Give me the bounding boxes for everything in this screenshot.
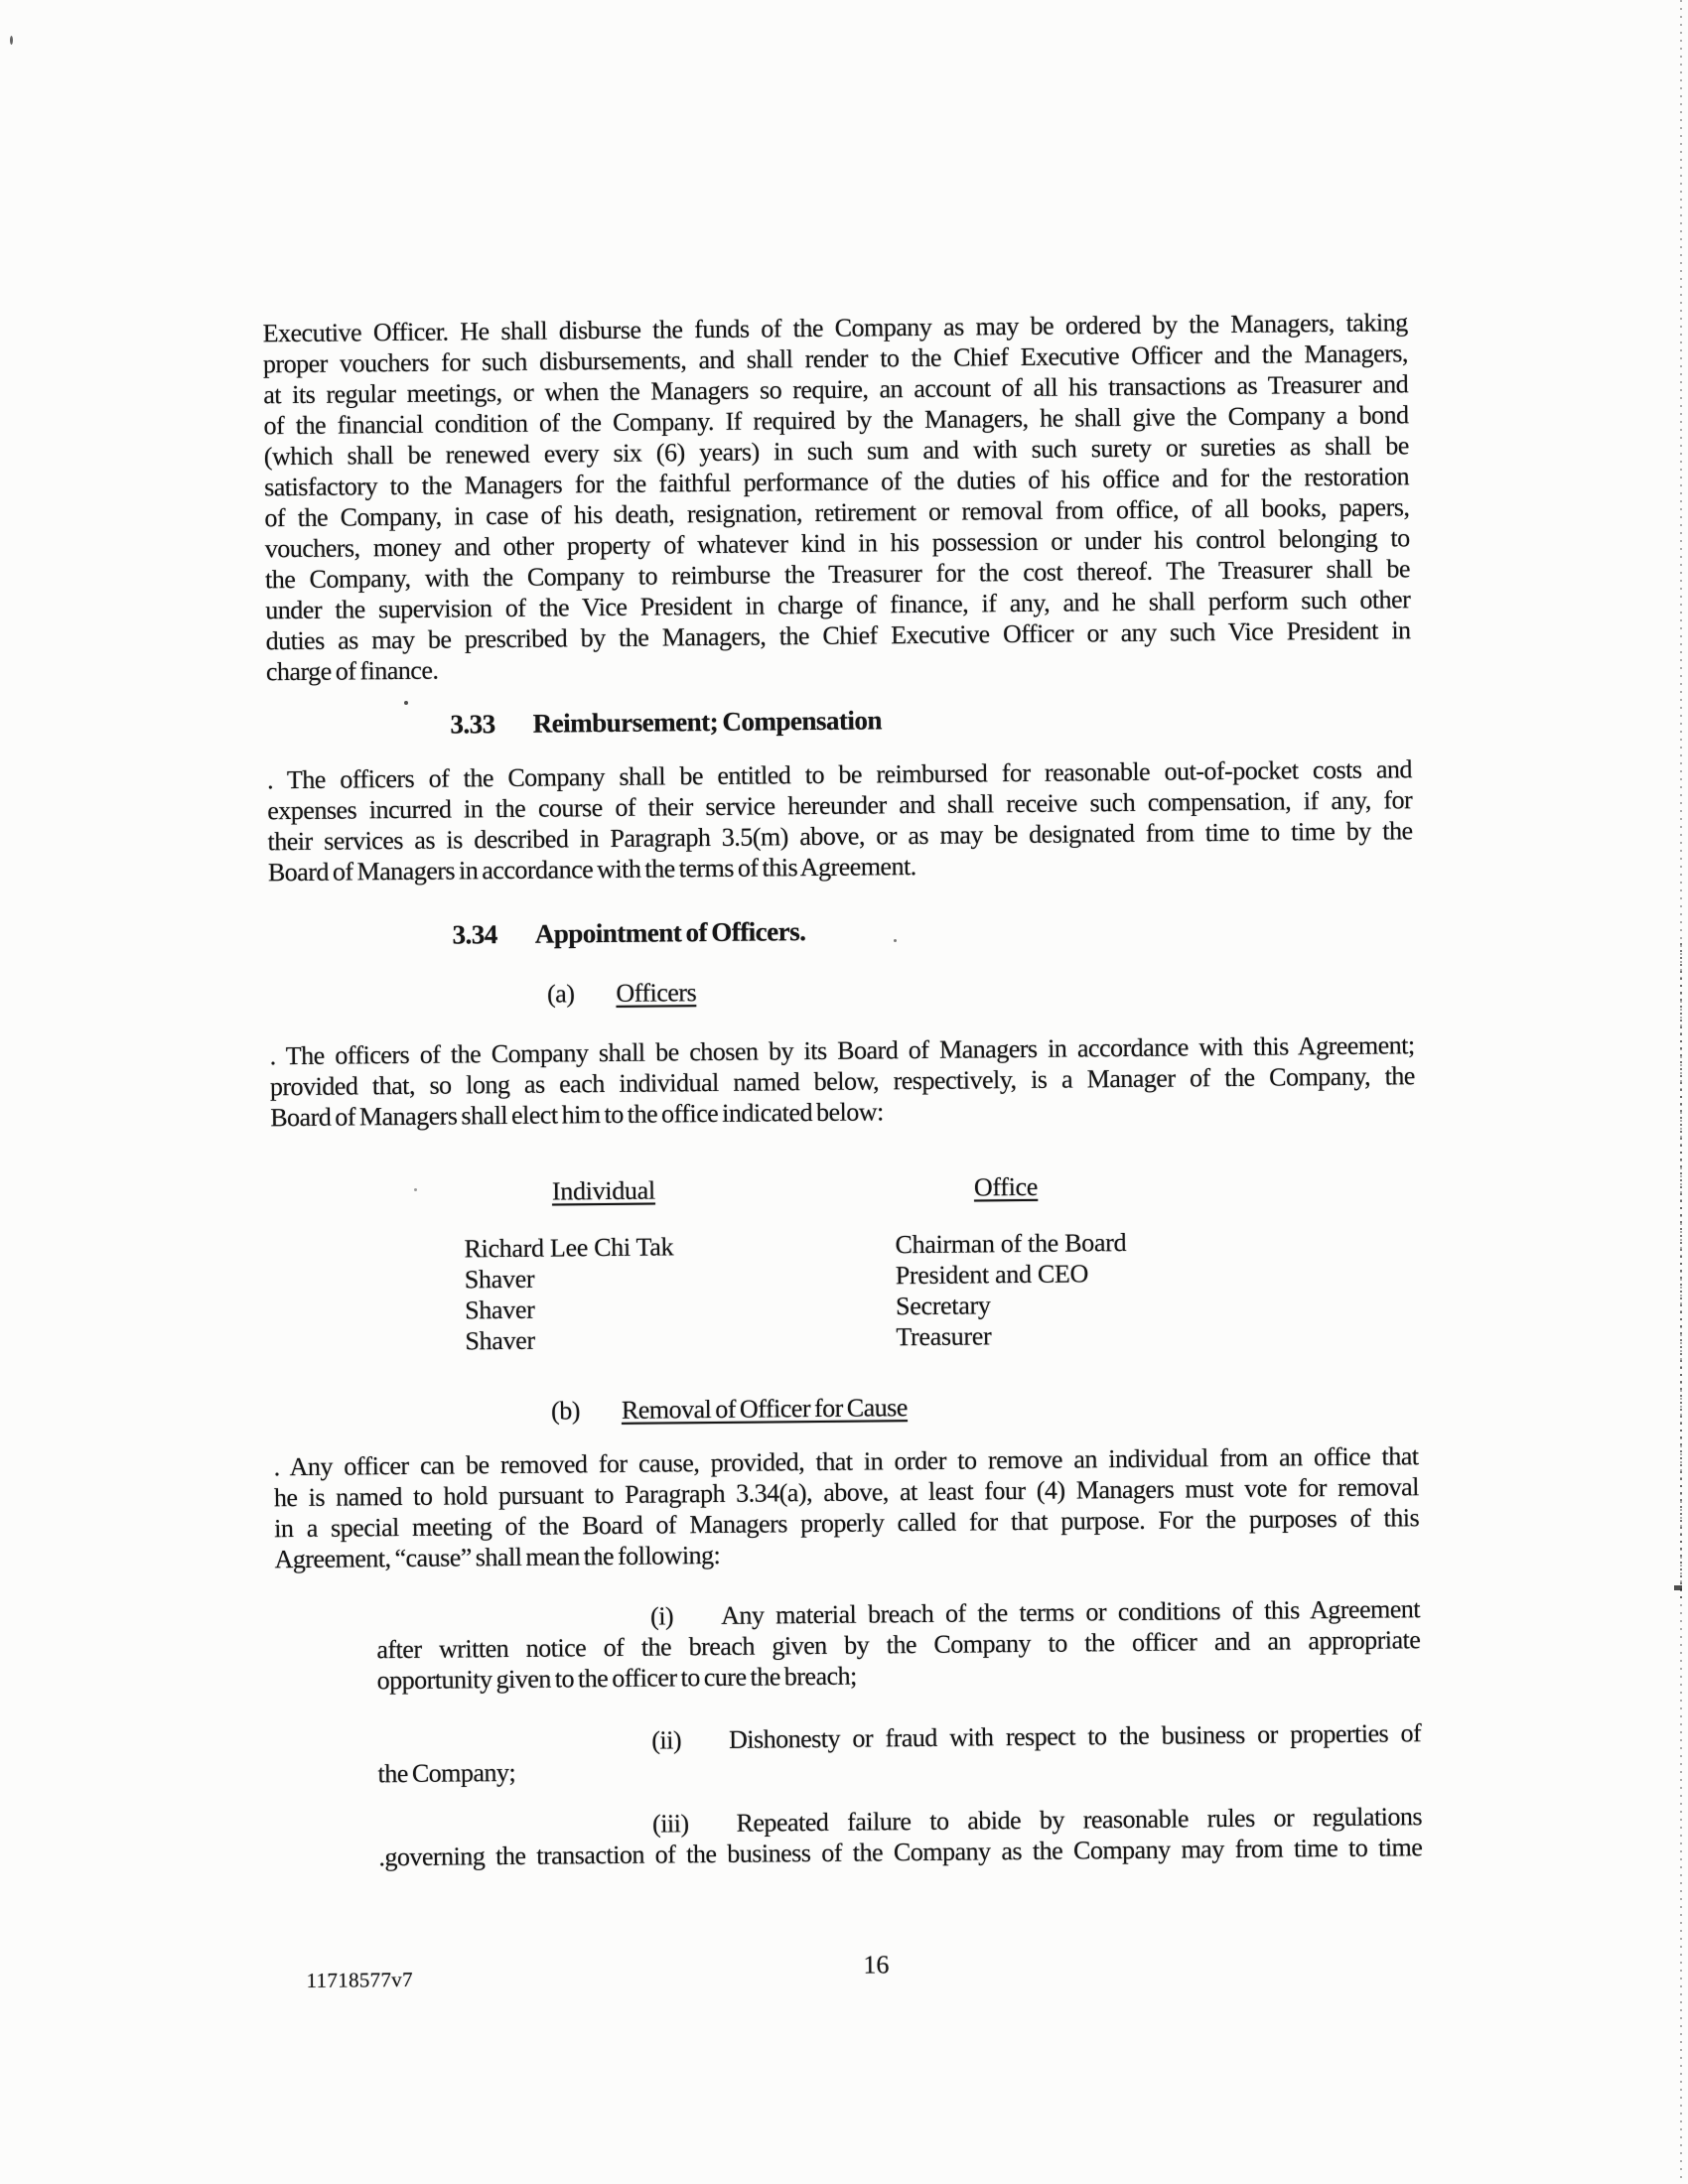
indent-spacer: [273, 1420, 551, 1423]
page-number: 16: [863, 1950, 889, 1979]
section-title: Reimbursement; Compensation: [533, 705, 883, 738]
list-item-iii: (iii)Repeated failure to abide by reason…: [378, 1801, 1423, 1872]
table-header-office: Office: [974, 1172, 1038, 1203]
table-header-individual: Individual: [552, 1176, 655, 1207]
scanned-document-page: Executive Officer. He shall disburse the…: [0, 0, 1688, 2184]
scan-speck: [10, 36, 13, 45]
table-cell: Secretary: [896, 1289, 1127, 1321]
item-label: (i): [650, 1601, 673, 1630]
scan-speck: [894, 939, 897, 942]
subsection-heading-a: (a)Officers: [269, 970, 1414, 1012]
table-cell: Richard Lee Chi Tak: [464, 1231, 673, 1264]
section-heading-3-34: 3.34Appointment of Officers.: [268, 910, 1413, 952]
subsection-title: Removal of Officer for Cause: [622, 1393, 908, 1425]
paragraph-officers-chosen: . The officers of the Company shall be c…: [270, 1029, 1416, 1133]
list-item-ii: (ii)Dishonesty or fraud with respect to …: [377, 1717, 1422, 1789]
section-number: 3.33: [450, 709, 495, 739]
table-cell: Shaver: [465, 1293, 674, 1325]
indent-spacer: [378, 1833, 652, 1836]
item-continuation: after written notice of the breach given…: [376, 1624, 1421, 1696]
paragraph-treasurer-duties: Executive Officer. He shall disburse the…: [263, 307, 1412, 687]
item-label: (ii): [651, 1725, 681, 1754]
section-heading-3-33: 3.33Reimbursement; Compensation: [266, 700, 1411, 742]
scan-speck: [414, 1188, 417, 1191]
officers-office-column: Chairman of the BoardPresident and CEOSe…: [895, 1227, 1127, 1352]
indent-spacer: [267, 734, 451, 736]
table-cell: President and CEO: [896, 1258, 1127, 1291]
item-label: (iii): [652, 1809, 689, 1838]
table-cell: Chairman of the Board: [895, 1227, 1126, 1260]
subsection-title: Officers: [616, 978, 696, 1008]
document-sheet: Executive Officer. He shall disburse the…: [0, 0, 1688, 2184]
officers-individual-column: Richard Lee Chi TakShaverShaverShaver: [464, 1231, 674, 1356]
scan-page-edge-dotted-line: [1680, 943, 1682, 1598]
item-text: Dishonesty or fraud with respect to the …: [729, 1718, 1421, 1754]
indent-spacer: [269, 943, 453, 945]
indent-spacer: [376, 1625, 650, 1628]
subsection-heading-b: (b)Removal of Officer for Cause: [273, 1387, 1418, 1429]
paragraph-removal-for-cause: . Any officer can be removed for cause, …: [273, 1440, 1419, 1574]
scan-speck: [1674, 1585, 1682, 1590]
scan-speck: [404, 701, 408, 705]
paragraph-reimbursement: . The officers of the Company shall be e…: [267, 753, 1413, 887]
section-number: 3.34: [452, 919, 497, 949]
table-cell: Treasurer: [896, 1319, 1127, 1352]
indent-spacer: [269, 1003, 547, 1006]
section-title: Appointment of Officers.: [535, 916, 806, 949]
indent-spacer: [377, 1749, 651, 1752]
subsection-label: (b): [551, 1396, 580, 1425]
document-number: 11718577v7: [306, 1968, 412, 1993]
list-item-i: (i)Any material breach of the terms or c…: [376, 1593, 1421, 1696]
table-cell: Shaver: [465, 1323, 674, 1356]
table-cell: Shaver: [465, 1262, 674, 1295]
subsection-label: (a): [547, 979, 575, 1008]
